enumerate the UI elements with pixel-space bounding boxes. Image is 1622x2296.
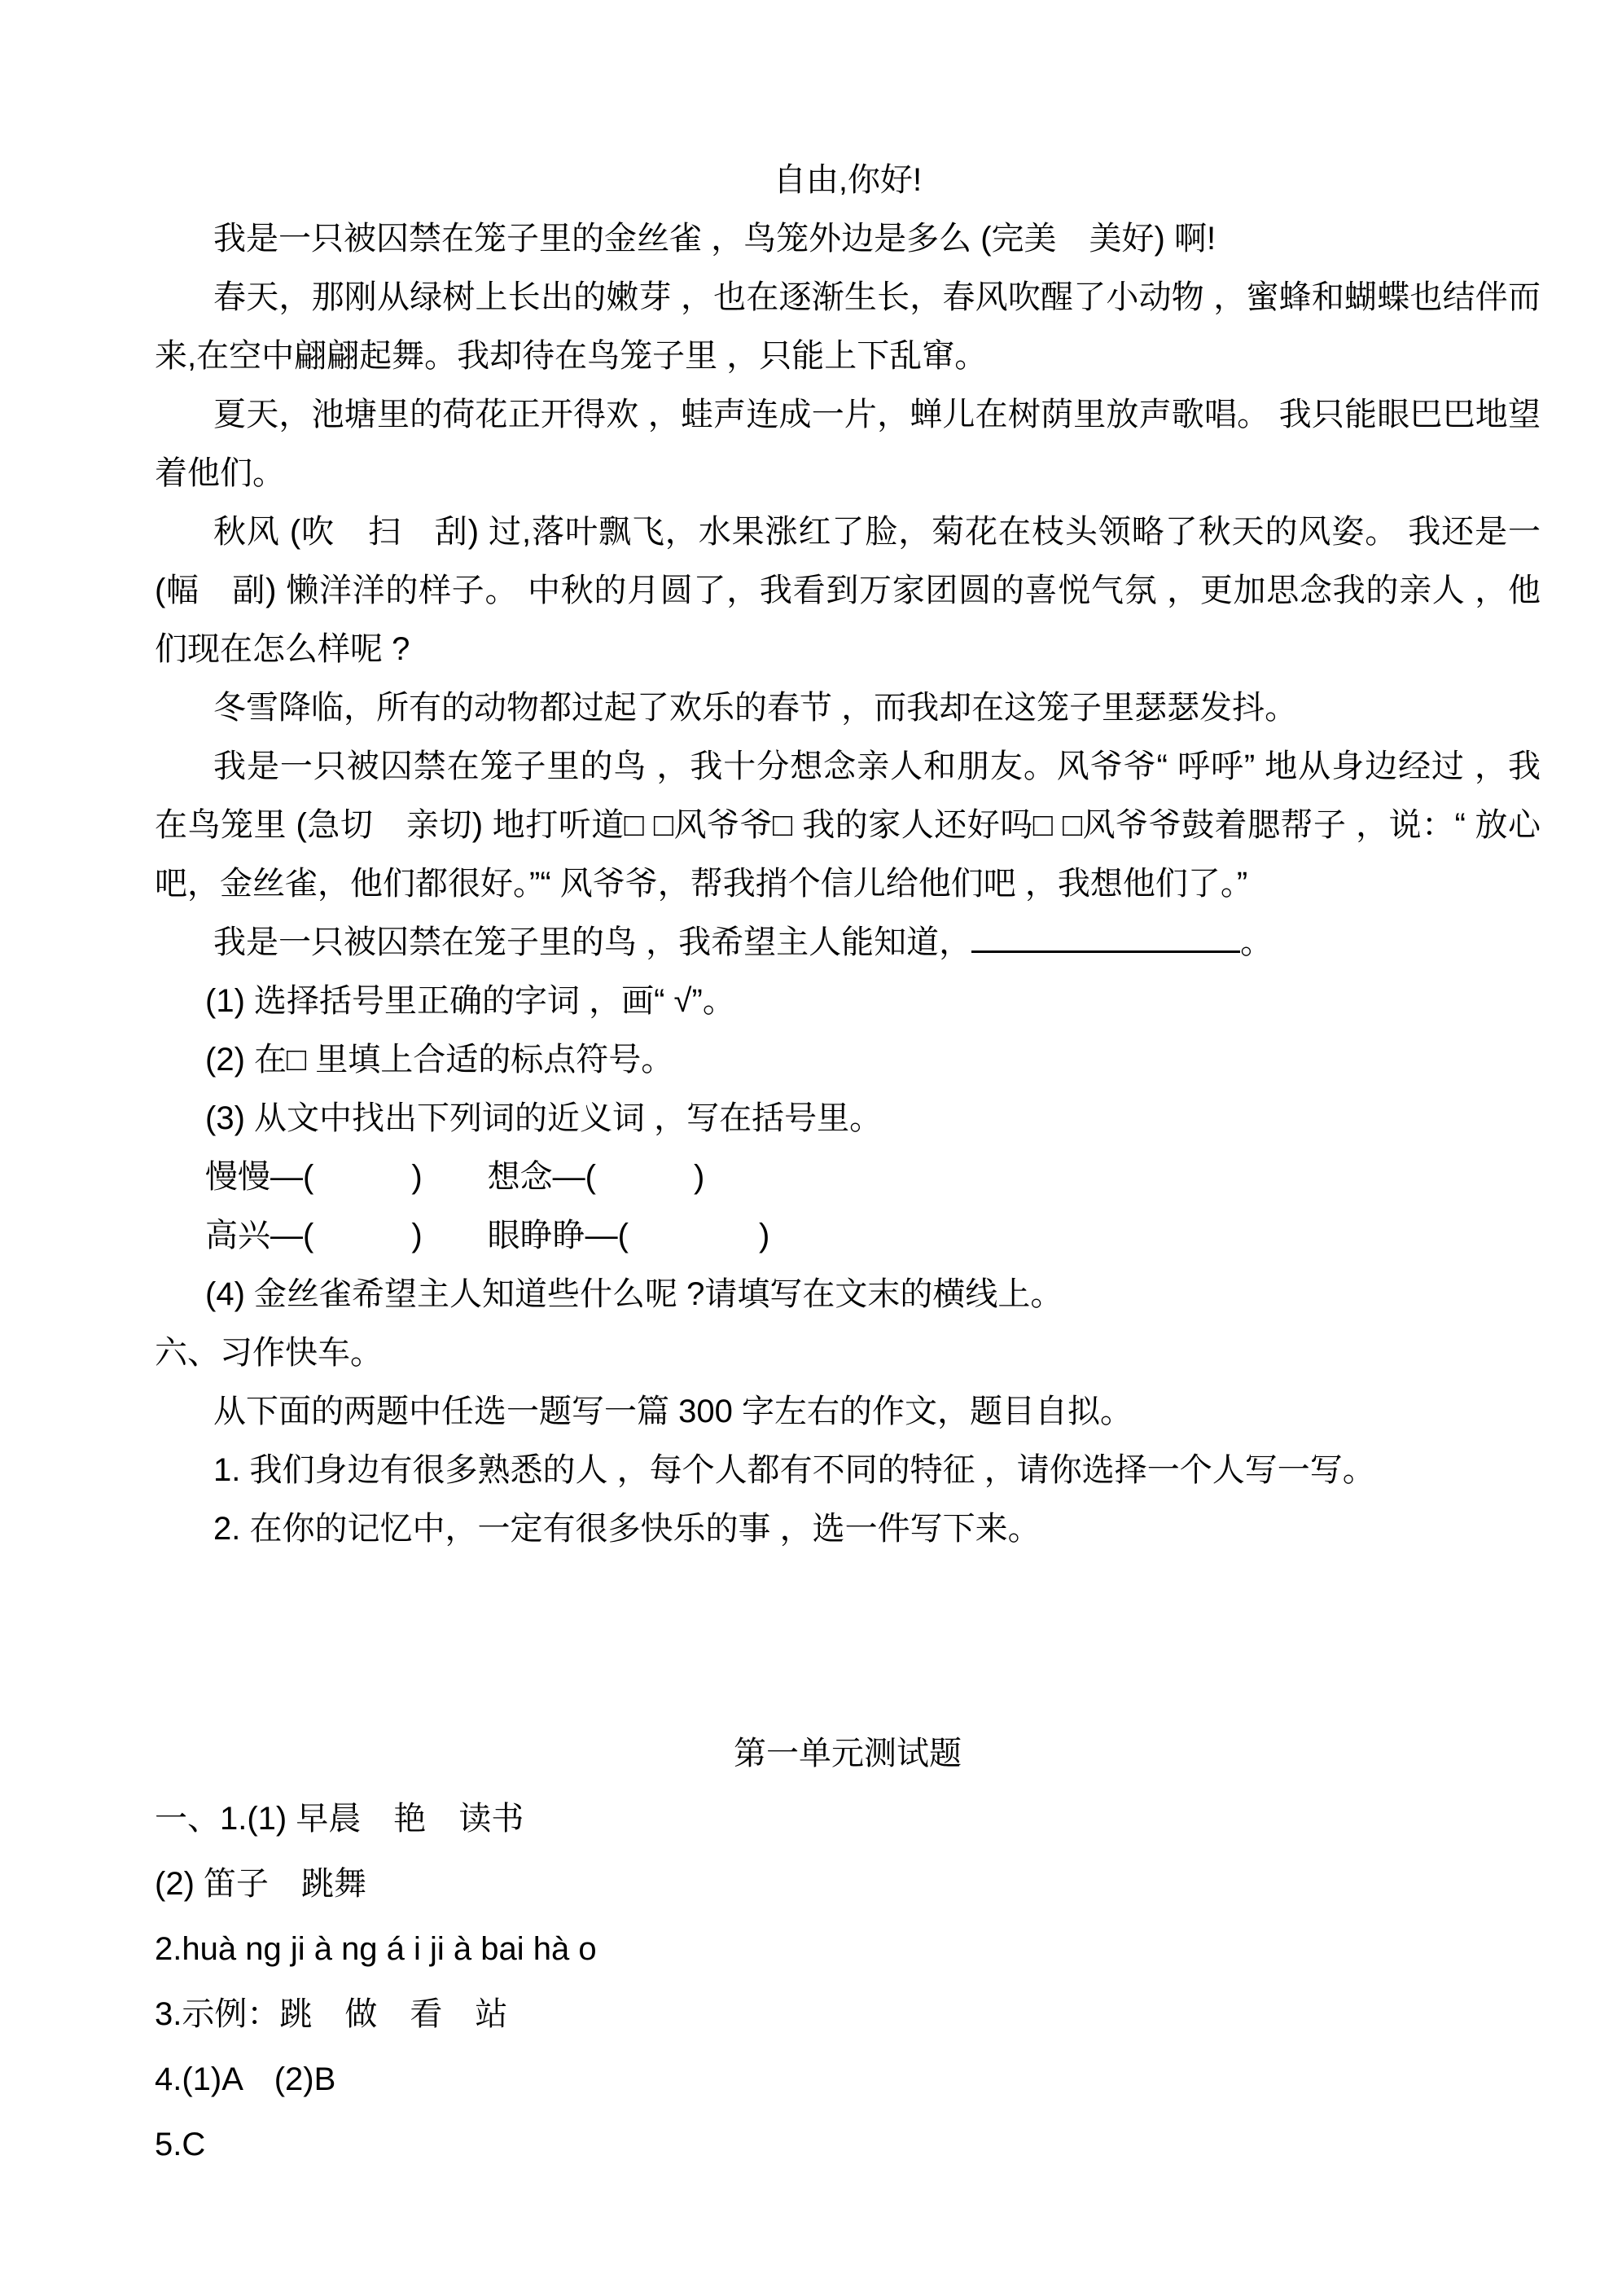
answer-line: 4.(1)A (2)B [155, 2047, 1541, 2112]
passage-paragraph: 我是一只被囚禁在笼子里的金丝雀 ，鸟笼外边是多么 (完美 美好) 啊! [155, 209, 1541, 268]
writing-section-heading: 六、习作快车。 [155, 1324, 1541, 1382]
writing-topic: 2. 在你的记忆中，一定有很多快乐的事 ，选一件写下来。 [155, 1499, 1541, 1558]
sub-question: (2) 在□ 里填上合适的标点符号。 [155, 1030, 1541, 1089]
passage-paragraph: 冬雪降临，所有的动物都过起了欢乐的春节 ，而我却在这笼子里瑟瑟发抖。 [155, 678, 1541, 737]
answer-line: 2.huà ng ji à ng á i ji à bai hà o [155, 1916, 1541, 1982]
reading-comprehension-section: 自由,你好! 我是一只被囚禁在笼子里的金丝雀 ，鸟笼外边是多么 (完美 美好) … [155, 151, 1541, 1324]
synonym-pair-row: 慢慢—( ) 想念—( ) [155, 1148, 1541, 1206]
writing-intro: 从下面的两题中任选一题写一篇 300 字左右的作文，题目自拟。 [155, 1382, 1541, 1441]
answer-key-title: 第一单元测试题 [155, 1721, 1541, 1786]
answer-key-section: 第一单元测试题 一、1.(1) 早晨 艳 读书 (2) 笛子 跳舞 2.huà … [155, 1721, 1541, 2177]
answer-line: (2) 笛子 跳舞 [155, 1851, 1541, 1916]
fill-in-blank-line [971, 922, 1240, 953]
passage-paragraph: 夏天，池塘里的荷花正开得欢 ，蛙声连成一片，蝉儿在树荫里放声歌唱。 我只能眼巴巴… [155, 385, 1541, 503]
answer-line: 3.示例：跳 做 看 站 [155, 1982, 1541, 2047]
fill-line-period: 。 [1240, 924, 1273, 960]
passage-fill-line: 我是一只被囚禁在笼子里的鸟 ，我希望主人能知道，。 [155, 913, 1541, 972]
passage-paragraph: 我是一只被囚禁在笼子里的鸟 ，我十分想念亲人和朋友。风爷爷“ 呼呼” 地从身边经… [155, 737, 1541, 913]
sub-question: (4) 金丝雀希望主人知道些什么呢 ?请填写在文末的横线上。 [155, 1265, 1541, 1324]
writing-topic: 1. 我们身边有很多熟悉的人 ，每个人都有不同的特征 ，请你选择一个人写一写。 [155, 1441, 1541, 1499]
passage-paragraph: 春天，那刚从绿树上长出的嫩芽 ，也在逐渐生长，春风吹醒了小动物 ，蜜蜂和蝴蝶也结… [155, 268, 1541, 385]
answer-line: 5.C [155, 2112, 1541, 2177]
passage-paragraph: 秋风 (吹 扫 刮) 过,落叶飘飞，水果涨红了脸，菊花在枝头领略了秋天的风姿。 … [155, 503, 1541, 678]
answer-line: 一、1.(1) 早晨 艳 读书 [155, 1786, 1541, 1851]
writing-section: 六、习作快车。 从下面的两题中任选一题写一篇 300 字左右的作文，题目自拟。 … [155, 1324, 1541, 1558]
passage-title: 自由,你好! [155, 151, 1541, 209]
sub-question: (1) 选择括号里正确的字词 ，画“ √”。 [155, 972, 1541, 1030]
synonym-pair-row: 高兴—( ) 眼睁睁—( ) [155, 1206, 1541, 1265]
fill-line-text: 我是一只被囚禁在笼子里的鸟 ，我希望主人能知道， [213, 924, 971, 960]
test-paper-page: 自由,你好! 我是一只被囚禁在笼子里的金丝雀 ，鸟笼外边是多么 (完美 美好) … [0, 0, 1622, 2296]
sub-question: (3) 从文中找出下列词的近义词 ，写在括号里。 [155, 1089, 1541, 1148]
